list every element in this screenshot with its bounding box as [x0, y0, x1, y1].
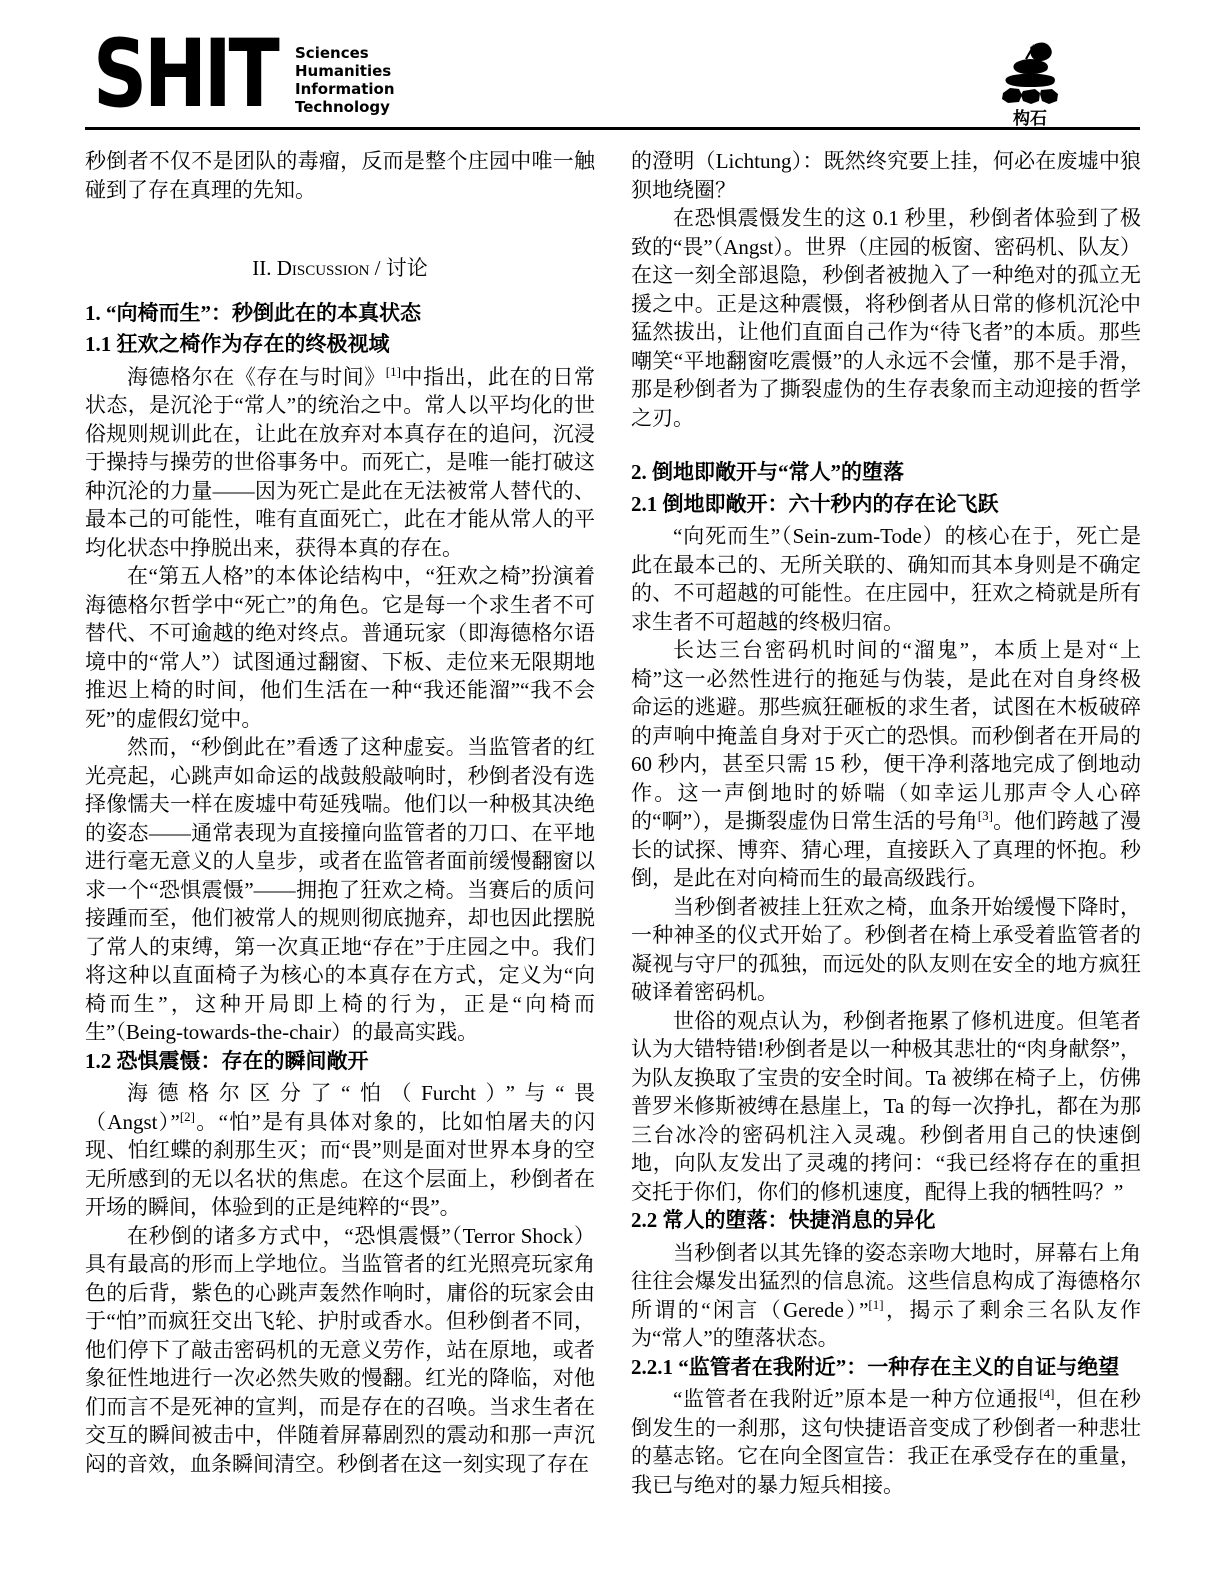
paragraph: 秒倒者不仅不是团队的毒瘤，反而是整个庄园中唯一触碰到了存在真理的先知。	[85, 147, 595, 204]
header-divider	[85, 127, 1140, 130]
subheading: 1.2 恐惧震慑：存在的瞬间敞开	[85, 1047, 595, 1076]
paragraph: “向死而生”（Sein-zum-Tode）的核心在于，死亡是此在最本己的、无所关…	[631, 522, 1141, 636]
journal-header: SHIT Sciences Humanities Information Tec…	[85, 36, 1140, 126]
paragraph: 在恐惧震慑发生的这 0.1 秒里，秒倒者体验到了极致的“畏”（Angst）。世界…	[631, 204, 1141, 432]
rock-cairn-icon	[992, 38, 1068, 108]
footnote-ref: [1]	[386, 364, 401, 379]
publisher-name: 构石	[992, 109, 1068, 129]
subheading: 1.1 狂欢之椅作为存在的终极视域	[85, 330, 595, 359]
paragraph: 当秒倒者以其先锋的姿态亲吻大地时，屏幕右上角往往会爆发出猛烈的信息流。这些信息构…	[631, 1239, 1141, 1353]
subheading: 2.2.1 “监管者在我附近”：一种存在主义的自证与绝望	[631, 1353, 1141, 1382]
left-column: 秒倒者不仅不是团队的毒瘤，反而是整个庄园中唯一触碰到了存在真理的先知。II. D…	[85, 147, 595, 1499]
paragraph: 海德格尔在《存在与时间》[1]中指出，此在的日常状态，是沉沦于“常人”的统治之中…	[85, 363, 595, 563]
footnote-ref: [2]	[180, 1109, 195, 1124]
tagline-line: Information	[295, 80, 395, 98]
section-heading: II. Discussion / 讨论	[85, 254, 595, 283]
paragraph: 的澄明（Lichtung）：既然终究要上挂，何必在废墟中狼狈地绕圈？	[631, 147, 1141, 204]
paragraph: 在“第五人格”的本体论结构中，“狂欢之椅”扮演着海德格尔哲学中“死亡”的角色。它…	[85, 562, 595, 733]
tagline-line: Sciences	[295, 44, 395, 62]
paragraph: “监管者在我附近”原本是一种方位通报[4]，但在秒倒发生的一刹那，这句快捷语音变…	[631, 1385, 1141, 1499]
footnote-ref: [4]	[1039, 1386, 1054, 1401]
subheading: 2.2 常人的堕落：快捷消息的异化	[631, 1206, 1141, 1235]
paragraph: 世俗的观点认为，秒倒者拖累了修机进度。但笔者认为大错特错!秒倒者是以一种极其悲壮…	[631, 1007, 1141, 1207]
paragraph: 长达三台密码机时间的“溜鬼”，本质上是对“上椅”这一必然性进行的拖延与伪装，是此…	[631, 636, 1141, 893]
heading: 1. “向椅而生”：秒倒此在的本真状态	[85, 299, 595, 328]
right-column: 的澄明（Lichtung）：既然终究要上挂，何必在废墟中狼狈地绕圈？在恐惧震慑发…	[631, 147, 1141, 1499]
paper-page: SHIT Sciences Humanities Information Tec…	[0, 0, 1224, 1584]
paragraph: 当秒倒者被挂上狂欢之椅，血条开始缓慢下降时，一种神圣的仪式开始了。秒倒者在椅上承…	[631, 893, 1141, 1007]
footnote-ref: [3]	[978, 808, 993, 823]
article-body: 秒倒者不仅不是团队的毒瘤，反而是整个庄园中唯一触碰到了存在真理的先知。II. D…	[85, 147, 1141, 1499]
footnote-ref: [1]	[868, 1297, 883, 1312]
paragraph: 海德格尔区分了“怕（Furcht）”与“畏（Angst）”[2]。“怕”是有具体…	[85, 1079, 595, 1222]
paragraph: 然而，“秒倒此在”看透了这种虚妄。当监管者的红光亮起，心跳声如命运的战鼓般敲响时…	[85, 733, 595, 1047]
tagline-line: Technology	[295, 98, 395, 116]
journal-logo: SHIT	[93, 30, 277, 120]
paragraph: 在秒倒的诸多方式中，“恐惧震慑”（Terror Shock）具有最高的形而上学地…	[85, 1222, 595, 1479]
journal-tagline: Sciences Humanities Information Technolo…	[295, 44, 395, 116]
subheading: 2.1 倒地即敞开：六十秒内的存在论飞跃	[631, 490, 1141, 519]
heading: 2. 倒地即敞开与“常人”的堕落	[631, 458, 1141, 487]
tagline-line: Humanities	[295, 62, 395, 80]
publisher-logo: 构石	[992, 38, 1068, 129]
